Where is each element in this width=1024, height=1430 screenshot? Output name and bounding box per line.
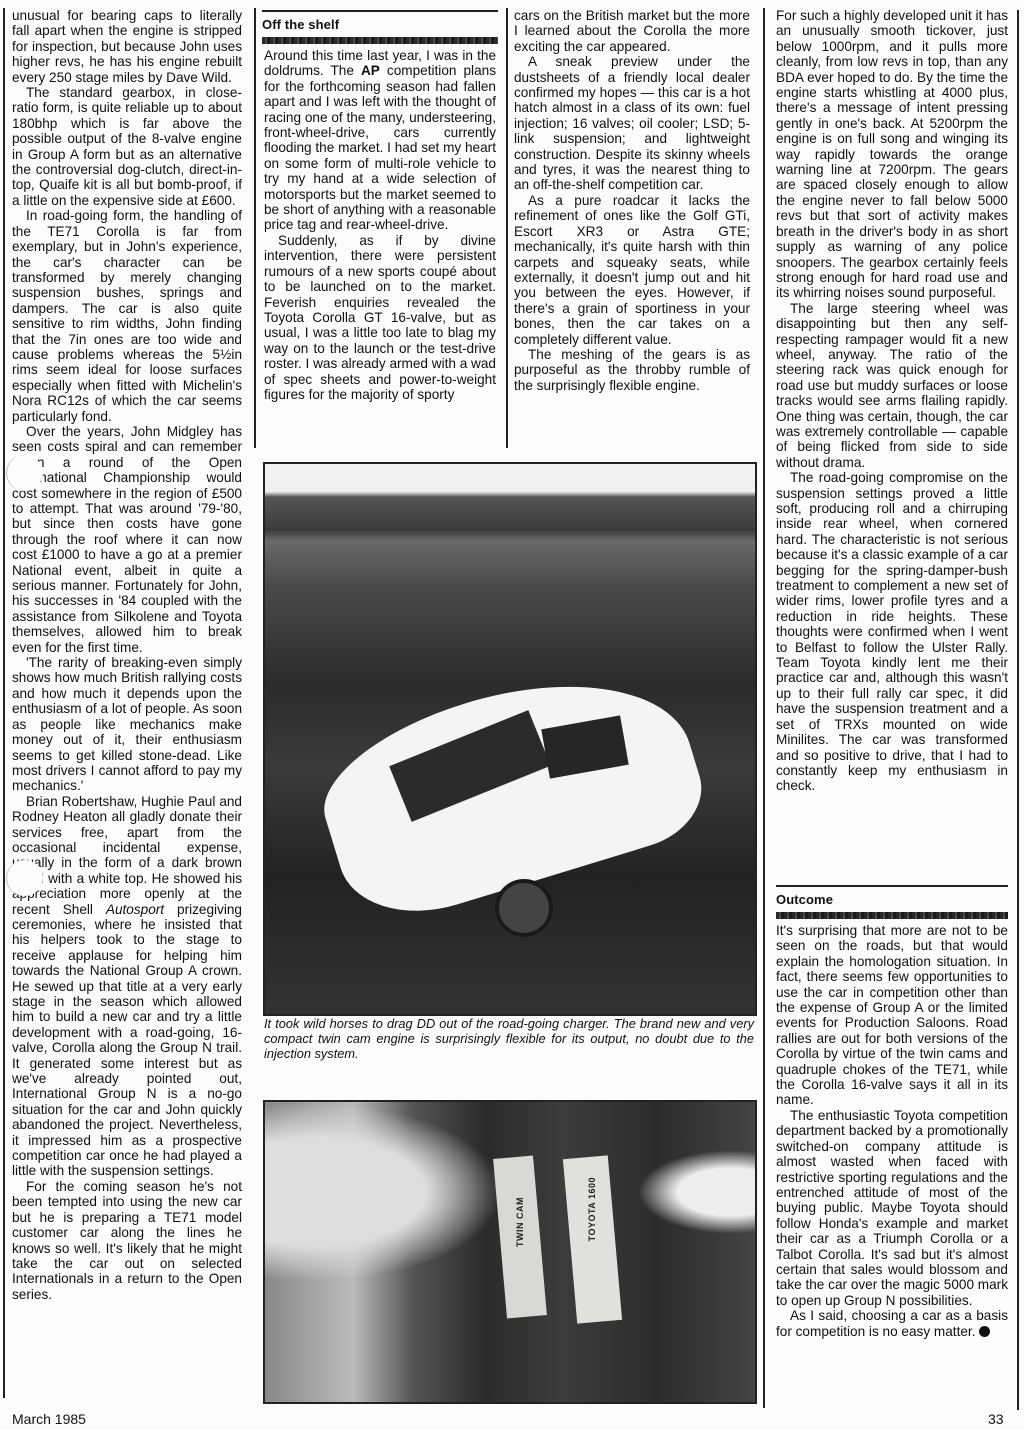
paragraph: Brian Robertshaw, Hughie Paul and Rodney… — [12, 794, 242, 1179]
column-divider — [254, 8, 256, 448]
paragraph: cars on the British market but the more … — [514, 8, 750, 54]
paragraph: A sneak preview under the dustsheets of … — [514, 54, 750, 193]
section-heading-off-the-shelf: Off the shelf — [262, 10, 498, 48]
car-photo — [263, 462, 757, 1016]
column-divider — [1017, 10, 1019, 1410]
paragraph: As a pure roadcar it lacks the refinemen… — [514, 193, 750, 347]
page-number: 33 — [988, 1411, 1004, 1427]
engine-photo: TWIN CAM TOYOTA 1600 — [263, 1100, 757, 1404]
scan-hole-mark — [6, 860, 43, 896]
heading-bar — [262, 37, 498, 44]
end-of-article-bullet-icon — [979, 1326, 990, 1337]
publication-name: Autosport — [106, 902, 164, 917]
paragraph-text: As I said, choosing a car as a basis for… — [776, 1308, 1008, 1338]
photo-caption: It took wild horses to drag DD out of th… — [264, 1016, 754, 1061]
paragraph: unusual for bearing caps to literally fa… — [12, 8, 242, 85]
paragraph: For the coming season he's not been temp… — [12, 1179, 242, 1302]
paragraph: It's surprising that more are not to be … — [776, 923, 1008, 1108]
paragraph: The standard gearbox, in close-ratio for… — [12, 85, 242, 208]
article-column-4-outcome: It's surprising that more are not to be … — [776, 923, 1008, 1339]
paragraph-text: prizegiving ceremonies, where he insiste… — [12, 902, 242, 1179]
paragraph: The road-going compromise on the suspens… — [776, 470, 1008, 794]
paragraph: The large steering wheel was disappointi… — [776, 301, 1008, 470]
paragraph: As I said, choosing a car as a basis for… — [776, 1308, 1008, 1339]
paragraph-text: competition plans for the forthcoming se… — [264, 63, 496, 232]
paragraph: 'The rarity of breaking-even simply show… — [12, 655, 242, 794]
column-divider — [506, 8, 508, 448]
column-divider — [763, 8, 765, 1408]
paragraph: In road-going form, the handling of the … — [12, 208, 242, 424]
magazine-name: AP — [361, 63, 380, 78]
article-column-4: For such a highly developed unit it has … — [776, 8, 1008, 794]
section-heading-outcome: Outcome — [776, 885, 1008, 923]
paragraph: Over the years, John Midgley has seen co… — [12, 424, 242, 655]
paragraph: The enthusiastic Toyota competition depa… — [776, 1108, 1008, 1308]
paragraph: For such a highly developed unit it has … — [776, 8, 1008, 301]
column-divider — [3, 8, 5, 1398]
cam-cover-label: TWIN CAM — [515, 1197, 525, 1247]
article-column-2: Around this time last year, I was in the… — [264, 48, 496, 402]
article-column-3: cars on the British market but the more … — [514, 8, 750, 393]
scan-hole-mark — [6, 455, 43, 491]
paragraph: Suddenly, as if by divine intervention, … — [264, 233, 496, 402]
car-wheel — [495, 879, 553, 937]
section-title: Outcome — [776, 887, 1008, 910]
issue-date: March 1985 — [12, 1411, 86, 1427]
cam-cover-label: TOYOTA 1600 — [587, 1177, 597, 1241]
section-title: Off the shelf — [262, 12, 498, 35]
paragraph-text: Brian Robertshaw, Hughie Paul and Rodney… — [12, 794, 242, 917]
paragraph: The meshing of the gears is as purposefu… — [514, 347, 750, 393]
article-column-1: unusual for bearing caps to literally fa… — [12, 8, 242, 1302]
paragraph: Around this time last year, I was in the… — [264, 48, 496, 233]
heading-bar — [776, 912, 1008, 919]
